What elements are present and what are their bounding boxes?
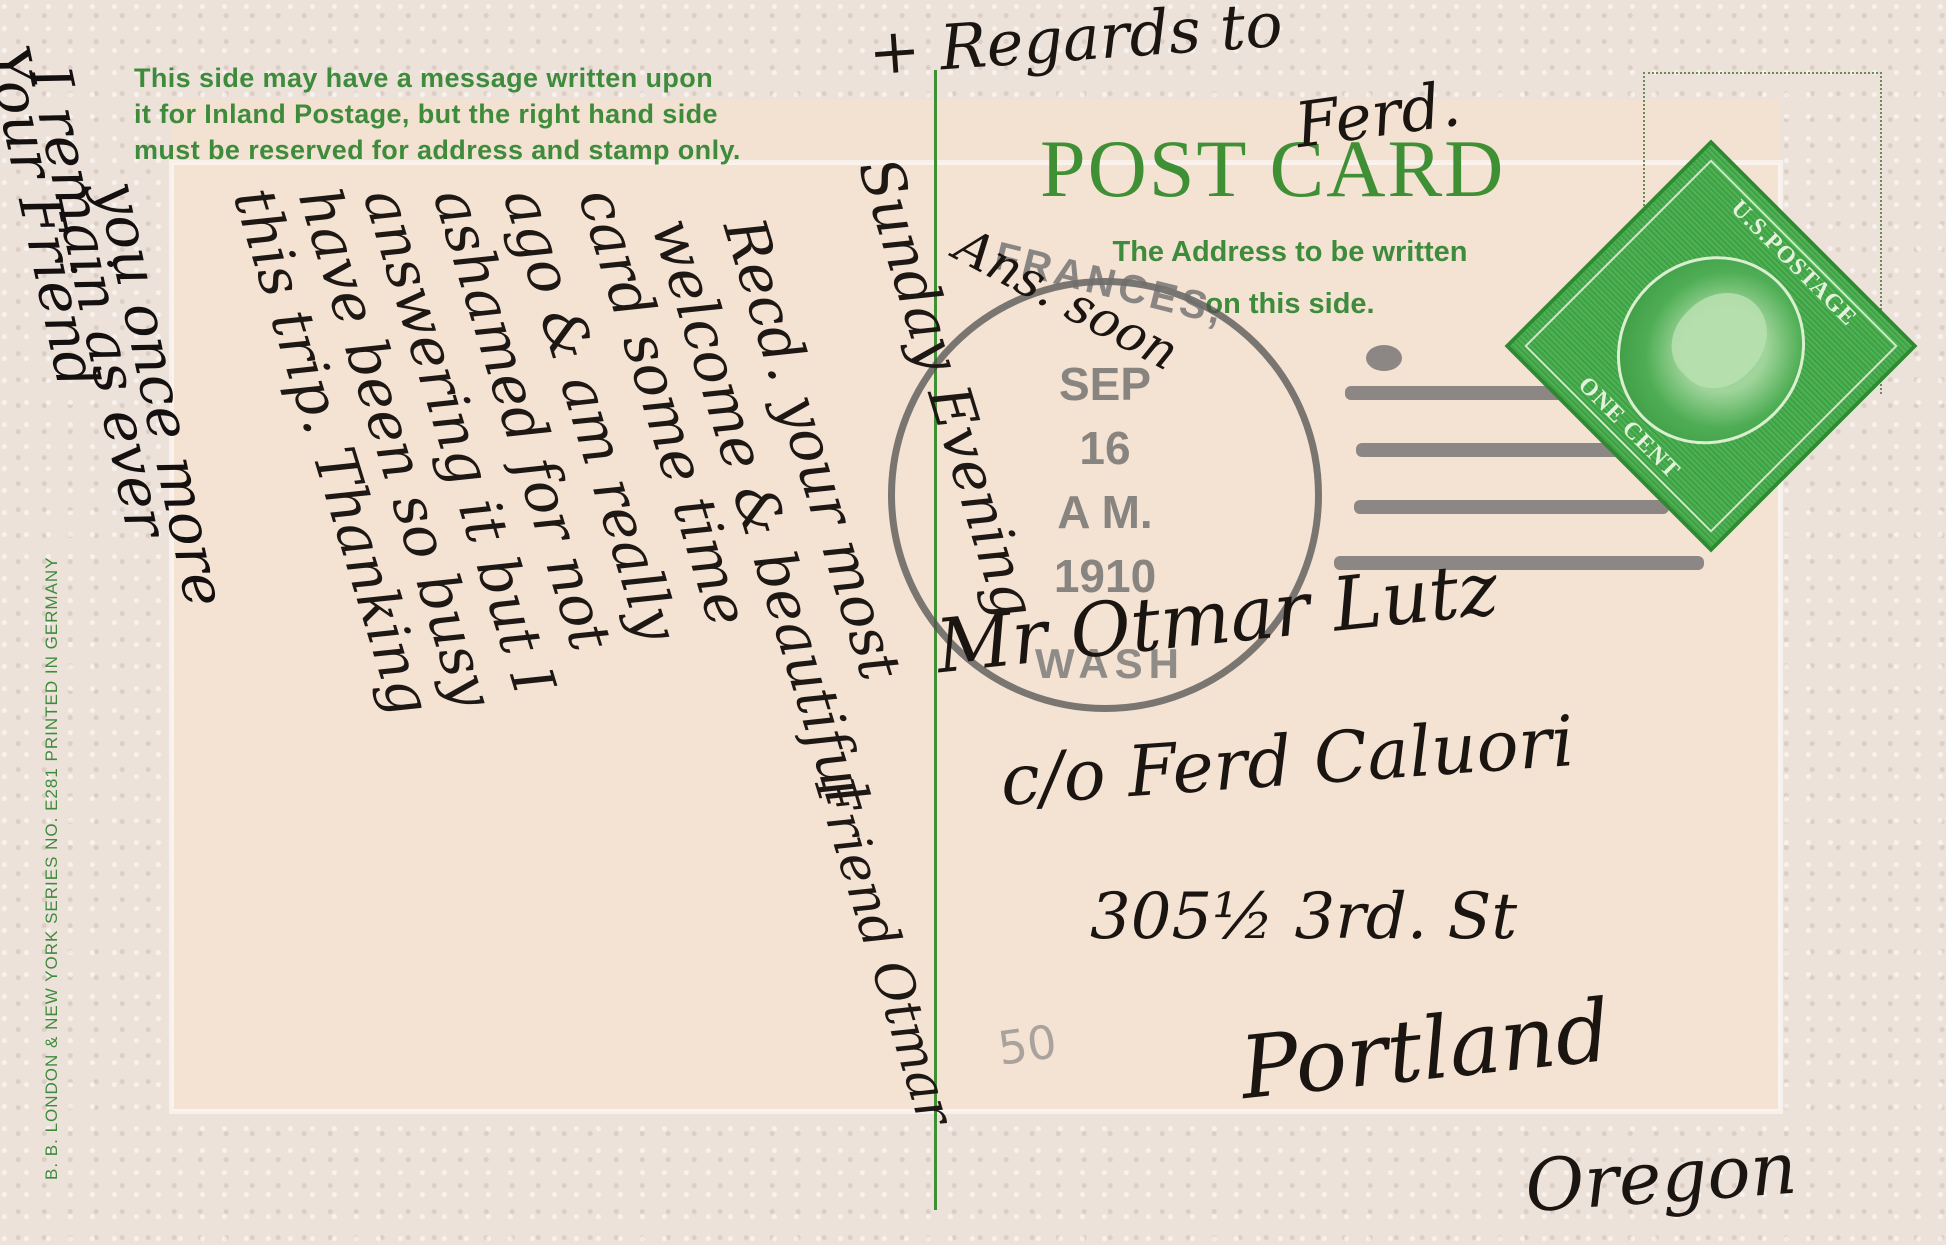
postmark-day: 16 <box>1040 416 1170 480</box>
publisher-imprint: B. B. LONDON & NEW YORK SERIES NO. E281 … <box>42 556 62 1180</box>
cancellation-smudge <box>1366 345 1402 371</box>
address-street: 305½ 3rd. St <box>1090 880 1517 954</box>
address-state: Oregon <box>1522 1126 1799 1229</box>
handwritten-greeting-line-1: + Regards to <box>866 0 1285 89</box>
portrait-head-icon <box>1654 274 1786 406</box>
instructions-line-2: it for Inland Postage, but the right han… <box>134 96 844 132</box>
postmark-date: SEP 16 A M. 1910 <box>1040 352 1170 608</box>
instructions-line-1: This side may have a message written upo… <box>134 60 844 96</box>
pencil-mark: 50 <box>995 1014 1060 1076</box>
postcard-back: This side may have a message written upo… <box>0 0 1946 1245</box>
cancellation-line <box>1354 500 1669 514</box>
postmark-time: A M. <box>1040 480 1170 544</box>
handwritten-message: Sunday Evening Friend Otmar Recd. your m… <box>215 150 915 1150</box>
